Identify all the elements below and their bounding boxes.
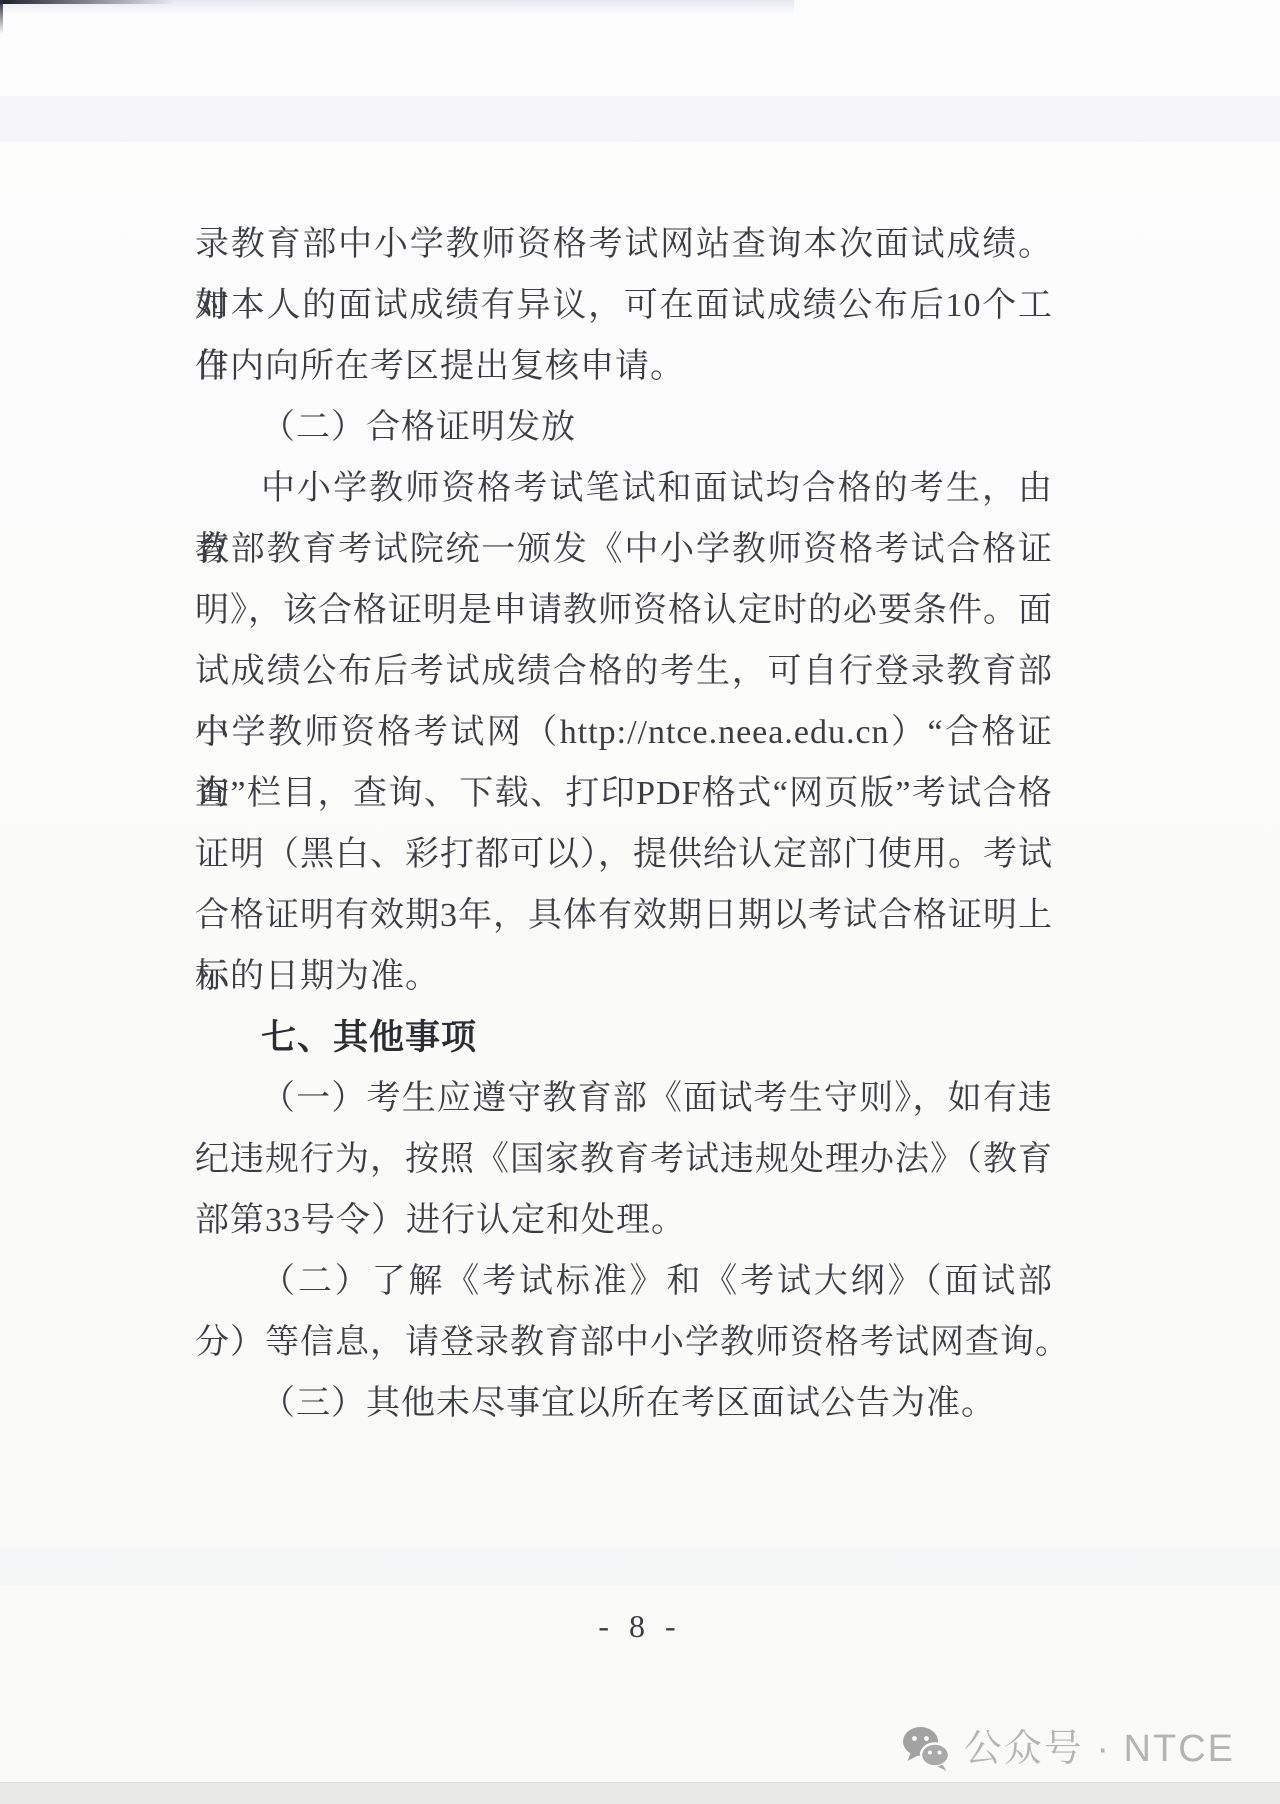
scan-paper-edge-bottom	[0, 1782, 1280, 1804]
text-line: （一）考生应遵守教育部《面试考生守则》，如有违	[195, 1068, 1053, 1129]
text-line: 日内向所在考区提出复核申请。	[195, 336, 1053, 397]
text-block: 录教育部中小学教师资格考试网站查询本次面试成绩。如对本人的面试成绩有异议，可在面…	[195, 214, 1053, 1434]
text-line: （三）其他未尽事宜以所在考区面试公告为准。	[195, 1373, 1053, 1434]
text-line: （二）合格证明发放	[195, 397, 1053, 458]
text-line: 合格证明有效期3年，具体有效期日期以考试合格证明上标	[195, 885, 1053, 946]
scan-artifact-top-edge	[0, 0, 175, 4]
text-line: 分）等信息，请登录教育部中小学教师资格考试网查询。	[195, 1312, 1053, 1373]
document-page: 录教育部中小学教师资格考试网站查询本次面试成绩。如对本人的面试成绩有异议，可在面…	[0, 0, 1280, 1804]
scan-artifact-left-edge	[0, 0, 3, 34]
wechat-account-label: 公众号 · NTCE	[964, 1730, 1235, 1768]
wechat-icon	[902, 1726, 950, 1772]
page-number: - 8 -	[0, 1608, 1280, 1645]
text-line: 对本人的面试成绩有异议，可在面试成绩公布后10个工作	[195, 275, 1053, 336]
text-line: 示的日期为准。	[195, 946, 1053, 1007]
text-line: 录教育部中小学教师资格考试网站查询本次面试成绩。如	[195, 214, 1053, 275]
text-line: 小学教师资格考试网（http://ntce.neea.edu.cn）“合格证查	[195, 702, 1053, 763]
scan-light-band	[0, 1548, 1280, 1586]
scan-light-band	[0, 96, 1280, 142]
text-line: 中小学教师资格考试笔试和面试均合格的考生，由教	[195, 458, 1053, 519]
text-line: 部第33号令）进行认定和处理。	[195, 1190, 1053, 1251]
text-line: 证明（黑白、彩打都可以），提供给认定部门使用。考试	[195, 824, 1053, 885]
text-line: 育部教育考试院统一颁发《中小学教师资格考试合格证	[195, 519, 1053, 580]
wechat-watermark: 公众号 · NTCE	[902, 1726, 1235, 1772]
text-line: 明》，该合格证明是申请教师资格认定时的必要条件。面	[195, 580, 1053, 641]
text-line: 询”栏目，查询、下载、打印PDF格式“网页版”考试合格	[195, 763, 1053, 824]
text-line: （二）了解《考试标准》和《考试大纲》（面试部	[195, 1251, 1053, 1312]
text-line: 纪违规行为，按照《国家教育考试违规处理办法》（教育	[195, 1129, 1053, 1190]
section-heading: 七、其他事项	[195, 1007, 1053, 1068]
text-line: 试成绩公布后考试成绩合格的考生，可自行登录教育部中	[195, 641, 1053, 702]
